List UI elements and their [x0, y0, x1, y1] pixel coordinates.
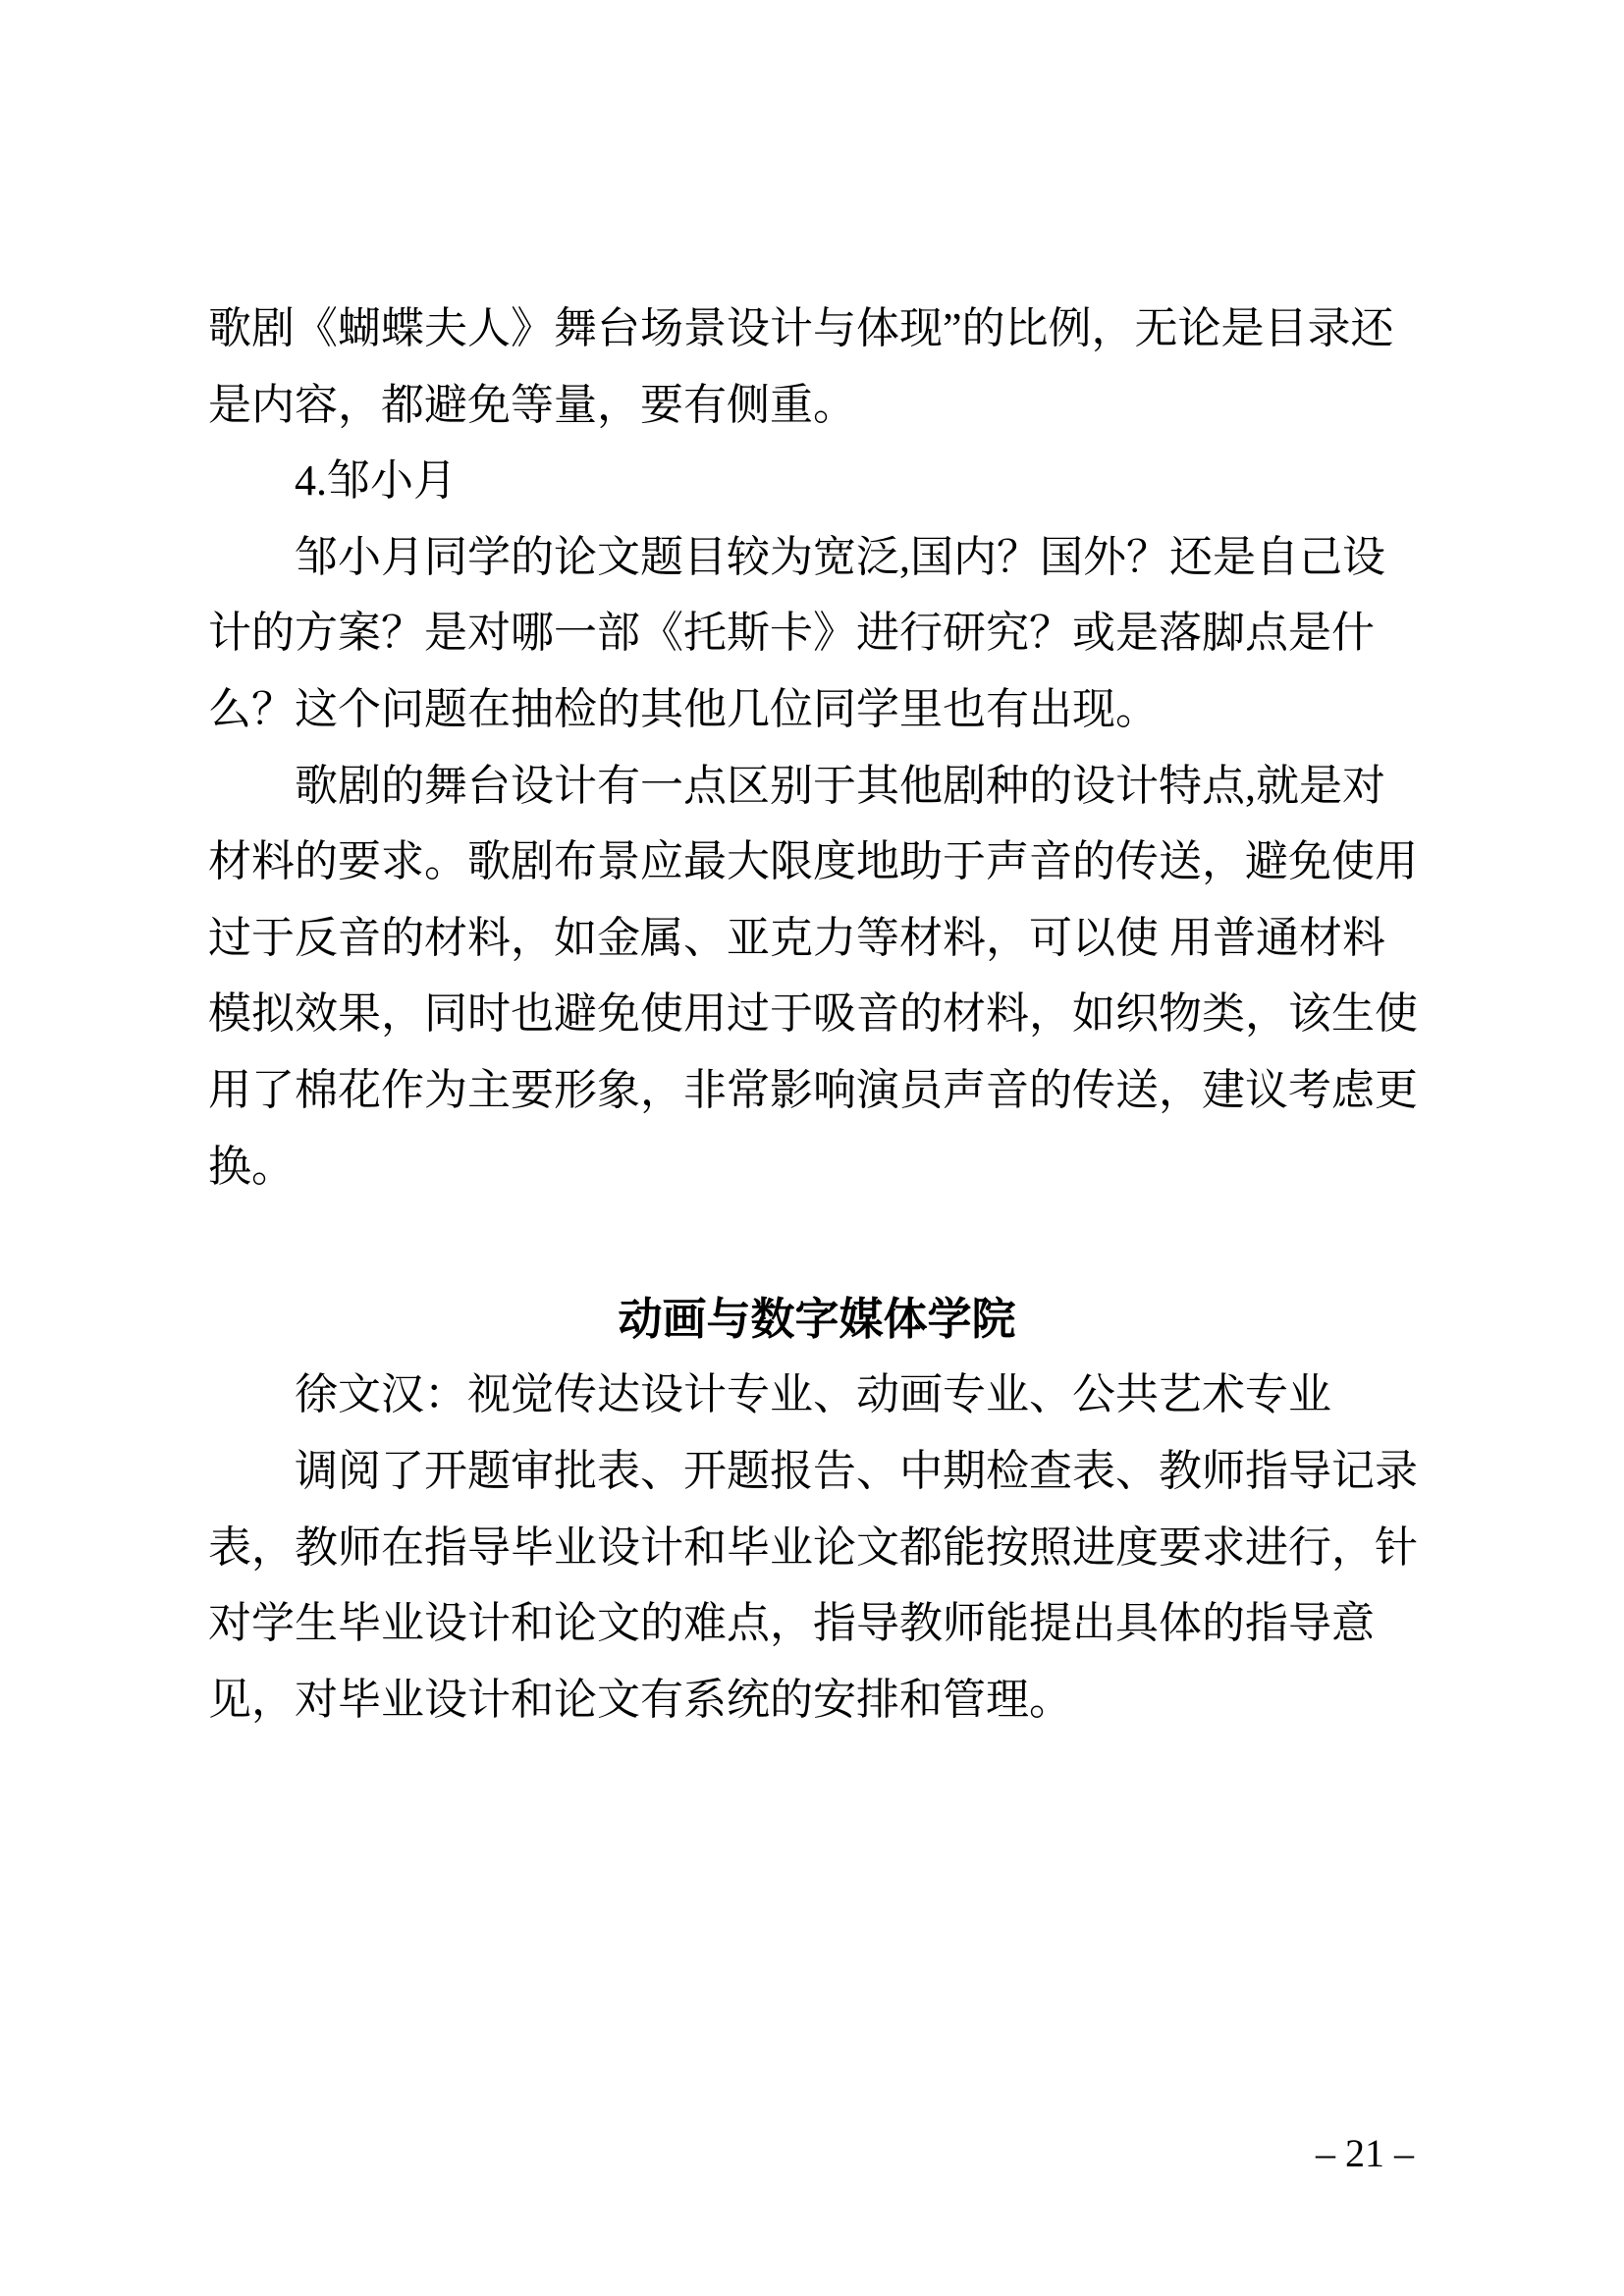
document-line: 对学生毕业设计和论文的难点，指导教师能提出具体的指导意 — [208, 1585, 1426, 1662]
document-line: 是内容，都避免等量，要有侧重。 — [208, 367, 1426, 444]
document-line: 模拟效果，同时也避免使用过于吸音的材料，如织物类，该生使 — [208, 976, 1426, 1052]
page-number: – 21 – — [1316, 2132, 1414, 2175]
text-content: 歌剧《蝴蝶夫人》舞台场景设计与体现”的比例，无论是目录还是内容，都避免等量，要有… — [208, 291, 1426, 1737]
document-line: 材料的要求。歌剧布景应最大限度地助于声音的传送，避免使用 — [208, 824, 1426, 900]
document-page: 歌剧《蝴蝶夫人》舞台场景设计与体现”的比例，无论是目录还是内容，都避免等量，要有… — [0, 0, 1624, 2296]
document-line: 用了棉花作为主要形象，非常影响演员声音的传送，建议考虑更 — [208, 1052, 1426, 1129]
document-line: 计的方案？是对哪一部《托斯卡》进行研究？或是落脚点是什 — [208, 595, 1426, 671]
document-line: 歌剧《蝴蝶夫人》舞台场景设计与体现”的比例，无论是目录还 — [208, 291, 1426, 367]
document-line: 邹小月同学的论文题目较为宽泛,国内？国外？还是自己设 — [208, 519, 1426, 596]
blank-line — [208, 1204, 1426, 1281]
document-line: 换。 — [208, 1129, 1426, 1205]
document-line: 歌剧的舞台设计有一点区别于其他剧种的设计特点,就是对 — [208, 748, 1426, 825]
document-line: 过于反音的材料，如金属、亚克力等材料，可以使 用普通材料 — [208, 900, 1426, 977]
document-line: 徐文汉：视觉传达设计专业、动画专业、公共艺术专业 — [208, 1357, 1426, 1433]
document-line: 4.邹小月 — [208, 443, 1426, 519]
document-line: 表，教师在指导毕业设计和毕业论文都能按照进度要求进行，针 — [208, 1510, 1426, 1586]
section-heading: 动画与数字媒体学院 — [208, 1281, 1426, 1358]
document-line: 么？这个问题在抽检的其他几位同学里也有出现。 — [208, 671, 1426, 748]
document-line: 调阅了开题审批表、开题报告、中期检查表、教师指导记录 — [208, 1433, 1426, 1510]
document-line: 见，对毕业设计和论文有系统的安排和管理。 — [208, 1662, 1426, 1738]
